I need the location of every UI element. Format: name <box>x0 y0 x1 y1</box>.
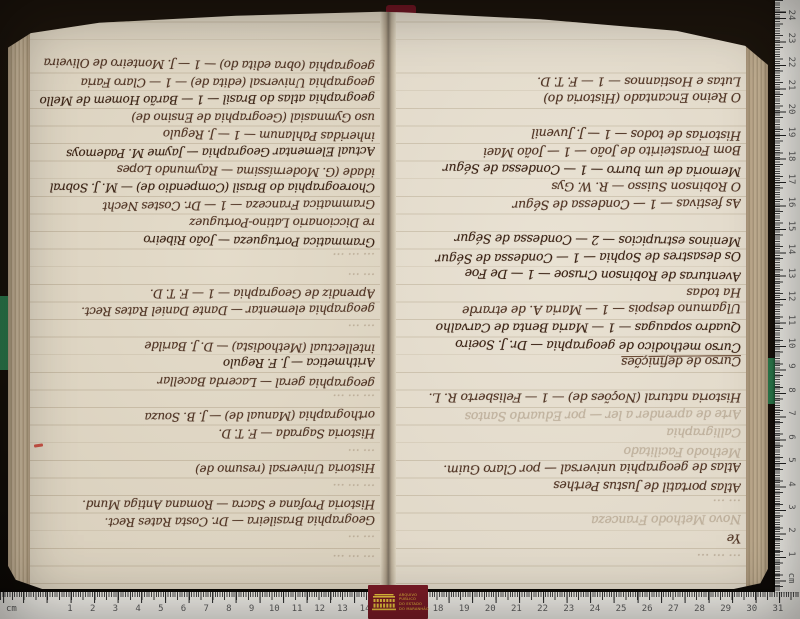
handwriting-line: Novo Methodo Franceza <box>401 510 741 531</box>
handwriting-line: Calligraphia <box>401 423 741 441</box>
photo-stage: geographia (obra edita do) — 1 — J. Mont… <box>0 0 800 619</box>
handwriting-line: Historia Profana e Sacra — Romana Antiga… <box>35 494 375 512</box>
handwriting-line: Aventuras de Robinson Crusoe — 1 — De Fo… <box>401 263 741 285</box>
handwriting-line <box>35 563 375 584</box>
right-ruler-number: 12 <box>786 288 796 304</box>
right-ruler-number: 5 <box>786 452 796 468</box>
handwriting-line: Aprendiz de Geographia — 1 — F. T. D. <box>35 283 375 301</box>
right-ruler-number: 17 <box>786 171 796 187</box>
right-ruler-number: 3 <box>786 499 796 515</box>
bottom-ruler-number: 6 <box>181 604 186 614</box>
ruler-unit-label-vertical: cm <box>786 570 796 586</box>
handwriting-line: Arte de aprender a ler — por Eduardo San… <box>401 404 741 425</box>
handwriting-line: … … <box>35 263 375 285</box>
handwriting-line: Lutas e Hostiannos — 1 — F. T. D. <box>401 72 741 90</box>
bottom-ruler-number: 26 <box>642 604 653 614</box>
handwriting-line: Ulgamuno despois — 1 — Maria A. de etrar… <box>401 299 741 320</box>
bottom-ruler-number: 7 <box>203 604 208 614</box>
bottom-ruler-number: 30 <box>746 604 757 614</box>
bottom-ruler-number: 2 <box>90 604 95 614</box>
handwriting-line: O Robinson Suisso — R. W. Gys <box>401 177 741 195</box>
manuscript-page-right: Lutas e Hostiannos — 1 — F. T. D.O Reino… <box>396 10 746 589</box>
bottom-ruler-number: 29 <box>720 604 731 614</box>
bottom-ruler-number: 23 <box>563 604 574 614</box>
handwriting-line: Atlas portatil de Justus Perthes <box>401 474 741 496</box>
bottom-ruler-number: 11 <box>292 604 303 614</box>
bottom-ruler-number: 24 <box>589 604 600 614</box>
bottom-ruler-number: 8 <box>226 604 231 614</box>
handwriting-line: geographia (obra edita do) — 1 — J. Mont… <box>35 52 375 74</box>
handwriting-line: orthographia (Manual de) — J. B. Souza <box>35 404 375 425</box>
handwriting-line <box>401 563 741 584</box>
right-ruler-number: 19 <box>786 124 796 140</box>
ruler-vertical: 242322212019181716151413121110987654321 … <box>775 0 800 592</box>
bottom-ruler-number: 22 <box>537 604 548 614</box>
right-ruler-number: 13 <box>786 265 796 281</box>
handwriting-line: Memoria de um burro — 1 — Condessa de Sé… <box>401 157 741 179</box>
right-ruler-number: 8 <box>786 382 796 398</box>
right-ruler-number: 21 <box>786 77 796 93</box>
handwriting-line: Ha todas <box>401 283 741 301</box>
right-ruler-number: 24 <box>786 7 796 23</box>
handwriting-line: … … <box>401 494 741 512</box>
right-ruler-number: 23 <box>786 30 796 46</box>
bottom-ruler-number: 31 <box>773 604 784 614</box>
bottom-ruler-number: 9 <box>249 604 254 614</box>
handwriting-left: geographia (obra edita do) — 1 — J. Mont… <box>35 54 375 583</box>
handwriting-line: … … <box>35 318 375 336</box>
handwriting-line: idade (G. Moderníssima — Raymundo Lopes <box>35 157 375 179</box>
page-stack-edge-left <box>8 10 30 589</box>
handwriting-line: … … … <box>35 474 375 496</box>
bottom-ruler-number: 25 <box>616 604 627 614</box>
bottom-ruler-number: 20 <box>485 604 496 614</box>
handwriting-line: Geographia Brasileira — Dr. Costa Rates … <box>35 510 375 531</box>
right-ruler-number: 15 <box>786 218 796 234</box>
handwriting-right: Lutas e Hostiannos — 1 — F. T. D.O Reino… <box>401 54 741 583</box>
right-ruler-number: 18 <box>786 148 796 164</box>
handwriting-line: As festivas — 1 — Condessa de Ségur <box>401 193 741 214</box>
right-ruler-number: 9 <box>786 358 796 374</box>
bottom-ruler-number: 28 <box>694 604 705 614</box>
handwriting-line: geographia Universal (edita de) — 1 — Cl… <box>35 72 375 90</box>
ruler-unit-label: cm <box>6 604 17 614</box>
archive-building-icon <box>372 594 396 611</box>
bottom-ruler-number: 10 <box>269 604 280 614</box>
logo-text-line: DO MARANHÃO <box>399 607 429 612</box>
right-ruler-number: 20 <box>786 101 796 117</box>
handwriting-line: Ye <box>401 529 741 547</box>
right-ruler-number: 11 <box>786 312 796 328</box>
handwriting-line: Choreographia do Brasil (Compendio de) —… <box>35 177 375 195</box>
handwriting-line: re Diccionario Latino-Portuguez <box>35 212 375 230</box>
page-stack-edge-right <box>746 10 768 589</box>
ruler-ticks-cm <box>775 0 786 592</box>
bottom-ruler-number: 13 <box>337 604 348 614</box>
bottom-ruler-number: 4 <box>135 604 140 614</box>
right-ruler-number: 14 <box>786 241 796 257</box>
right-ruler-number: 4 <box>786 476 796 492</box>
bottom-ruler-number: 12 <box>314 604 325 614</box>
handwriting-line: Quadro sopaugas — 1 — Maria Benta de Car… <box>401 318 741 336</box>
handwriting-line: Historia Sagrada — F. T. D. <box>35 423 375 441</box>
bottom-ruler-number: 1 <box>67 604 72 614</box>
handwriting-line: Grammatica Franceza — 1 — Dr. Costes Nec… <box>35 193 375 214</box>
manuscript-book: geographia (obra edita do) — 1 — J. Mont… <box>8 10 768 589</box>
bottom-ruler-number: 27 <box>668 604 679 614</box>
right-ruler-number: 10 <box>786 335 796 351</box>
right-ruler-number: 6 <box>786 429 796 445</box>
right-ruler-number: 2 <box>786 522 796 538</box>
bottom-ruler-number: 21 <box>511 604 522 614</box>
book-gutter <box>380 10 396 589</box>
archive-logo-text: ARQUIVO PÚBLICO DO ESTADO DO MARANHÃO <box>399 593 429 611</box>
handwriting-line <box>401 212 741 230</box>
handwriting-line: … … … <box>35 388 375 406</box>
right-ruler-number: 7 <box>786 405 796 421</box>
bottom-ruler-number: 19 <box>459 604 470 614</box>
bottom-ruler-number: 18 <box>433 604 444 614</box>
right-ruler-number: 1 <box>786 546 796 562</box>
bottom-ruler-number: 3 <box>113 604 118 614</box>
handwriting-line: geographia atlas do Brasil — 1 — Barão H… <box>35 88 375 109</box>
handwriting-line <box>401 52 741 74</box>
manuscript-page-left: geographia (obra edita do) — 1 — J. Mont… <box>30 10 380 589</box>
handwriting-line: Historia natural (Noções de) — 1 — Felis… <box>401 388 741 406</box>
handwriting-line: O Reino Encantado (Historia do) <box>401 88 741 109</box>
right-ruler-number: 22 <box>786 54 796 70</box>
bottom-ruler-number: 5 <box>158 604 163 614</box>
handwriting-line: geographia elementar — Dante Daniel Rate… <box>35 299 375 320</box>
handwriting-line: … … <box>35 529 375 547</box>
right-ruler-number: 16 <box>786 194 796 210</box>
archive-logo: ARQUIVO PÚBLICO DO ESTADO DO MARANHÃO <box>368 585 428 619</box>
